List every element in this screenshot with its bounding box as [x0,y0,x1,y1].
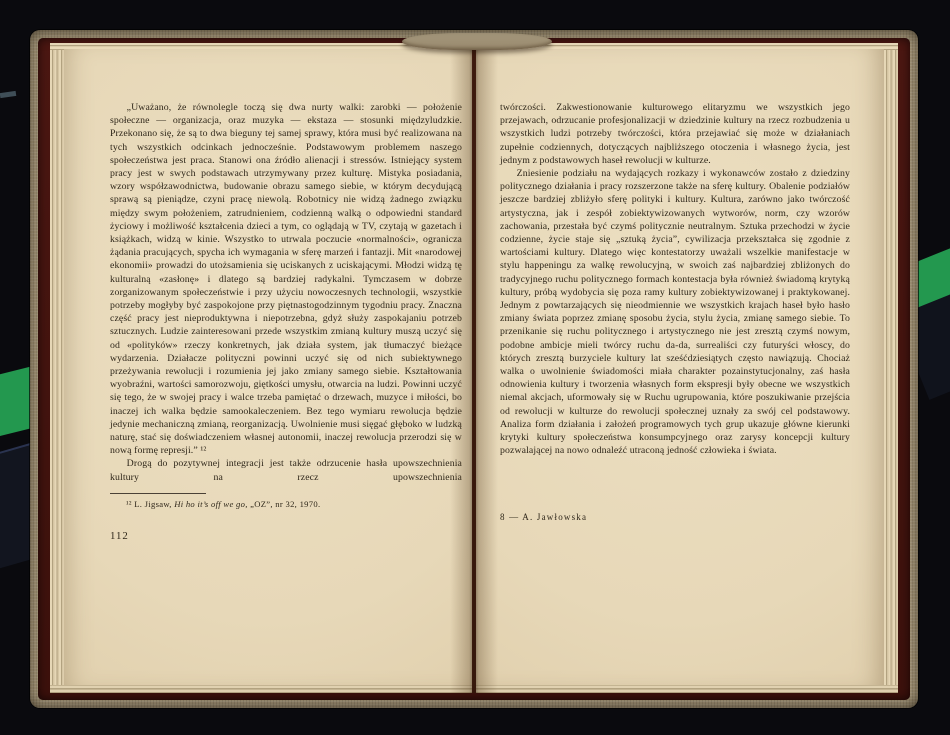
footnote: ¹² L. Jigsaw, Hi ho it’s off we go, „OZ”… [110,499,462,510]
printers-signature: 8 — A. Jawłowska [500,511,850,524]
page-number: 112 [110,530,462,543]
right-page: twórczości. Zakwestionowanie kulturowego… [476,43,898,693]
footnote-title: Hi ho it’s off we go, [174,499,247,509]
left-page-paragraph: Drogą do pozytywnej integracji jest takż… [110,457,462,483]
open-book: „Uważano, że równolegle toczą się dwa nu… [30,30,918,708]
right-page-paragraph: Zniesienie podziału na wydających rozkaz… [500,167,850,457]
footnote-rule [110,493,206,494]
right-page-text: twórczości. Zakwestionowanie kulturowego… [476,49,884,525]
page-block: „Uważano, że równolegle toczą się dwa nu… [50,43,898,693]
left-page-paragraph: „Uważano, że równolegle toczą się dwa nu… [110,101,462,457]
right-page-bottom-edges [476,685,898,693]
left-page-edge-stack [50,43,64,693]
book-photo-scene: „Uważano, że równolegle toczą się dwa nu… [0,0,950,735]
left-page-text: „Uważano, że równolegle toczą się dwa nu… [64,49,472,543]
footnote-marker: ¹² [126,499,134,509]
teal-dash [0,91,16,98]
left-page: „Uważano, że równolegle toczą się dwa nu… [50,43,472,693]
right-page-sheet: twórczości. Zakwestionowanie kulturowego… [476,49,884,685]
spine-cloth-bump [402,33,552,50]
footnote-source: „OZ”, nr 32, 1970. [248,499,321,509]
right-page-paragraph: twórczości. Zakwestionowanie kulturowego… [500,101,850,167]
left-page-sheet: „Uważano, że równolegle toczą się dwa nu… [64,49,472,685]
left-page-bottom-edges [50,685,472,693]
footnote-author: L. Jigsaw, [134,499,174,509]
right-page-edge-stack [884,43,898,693]
